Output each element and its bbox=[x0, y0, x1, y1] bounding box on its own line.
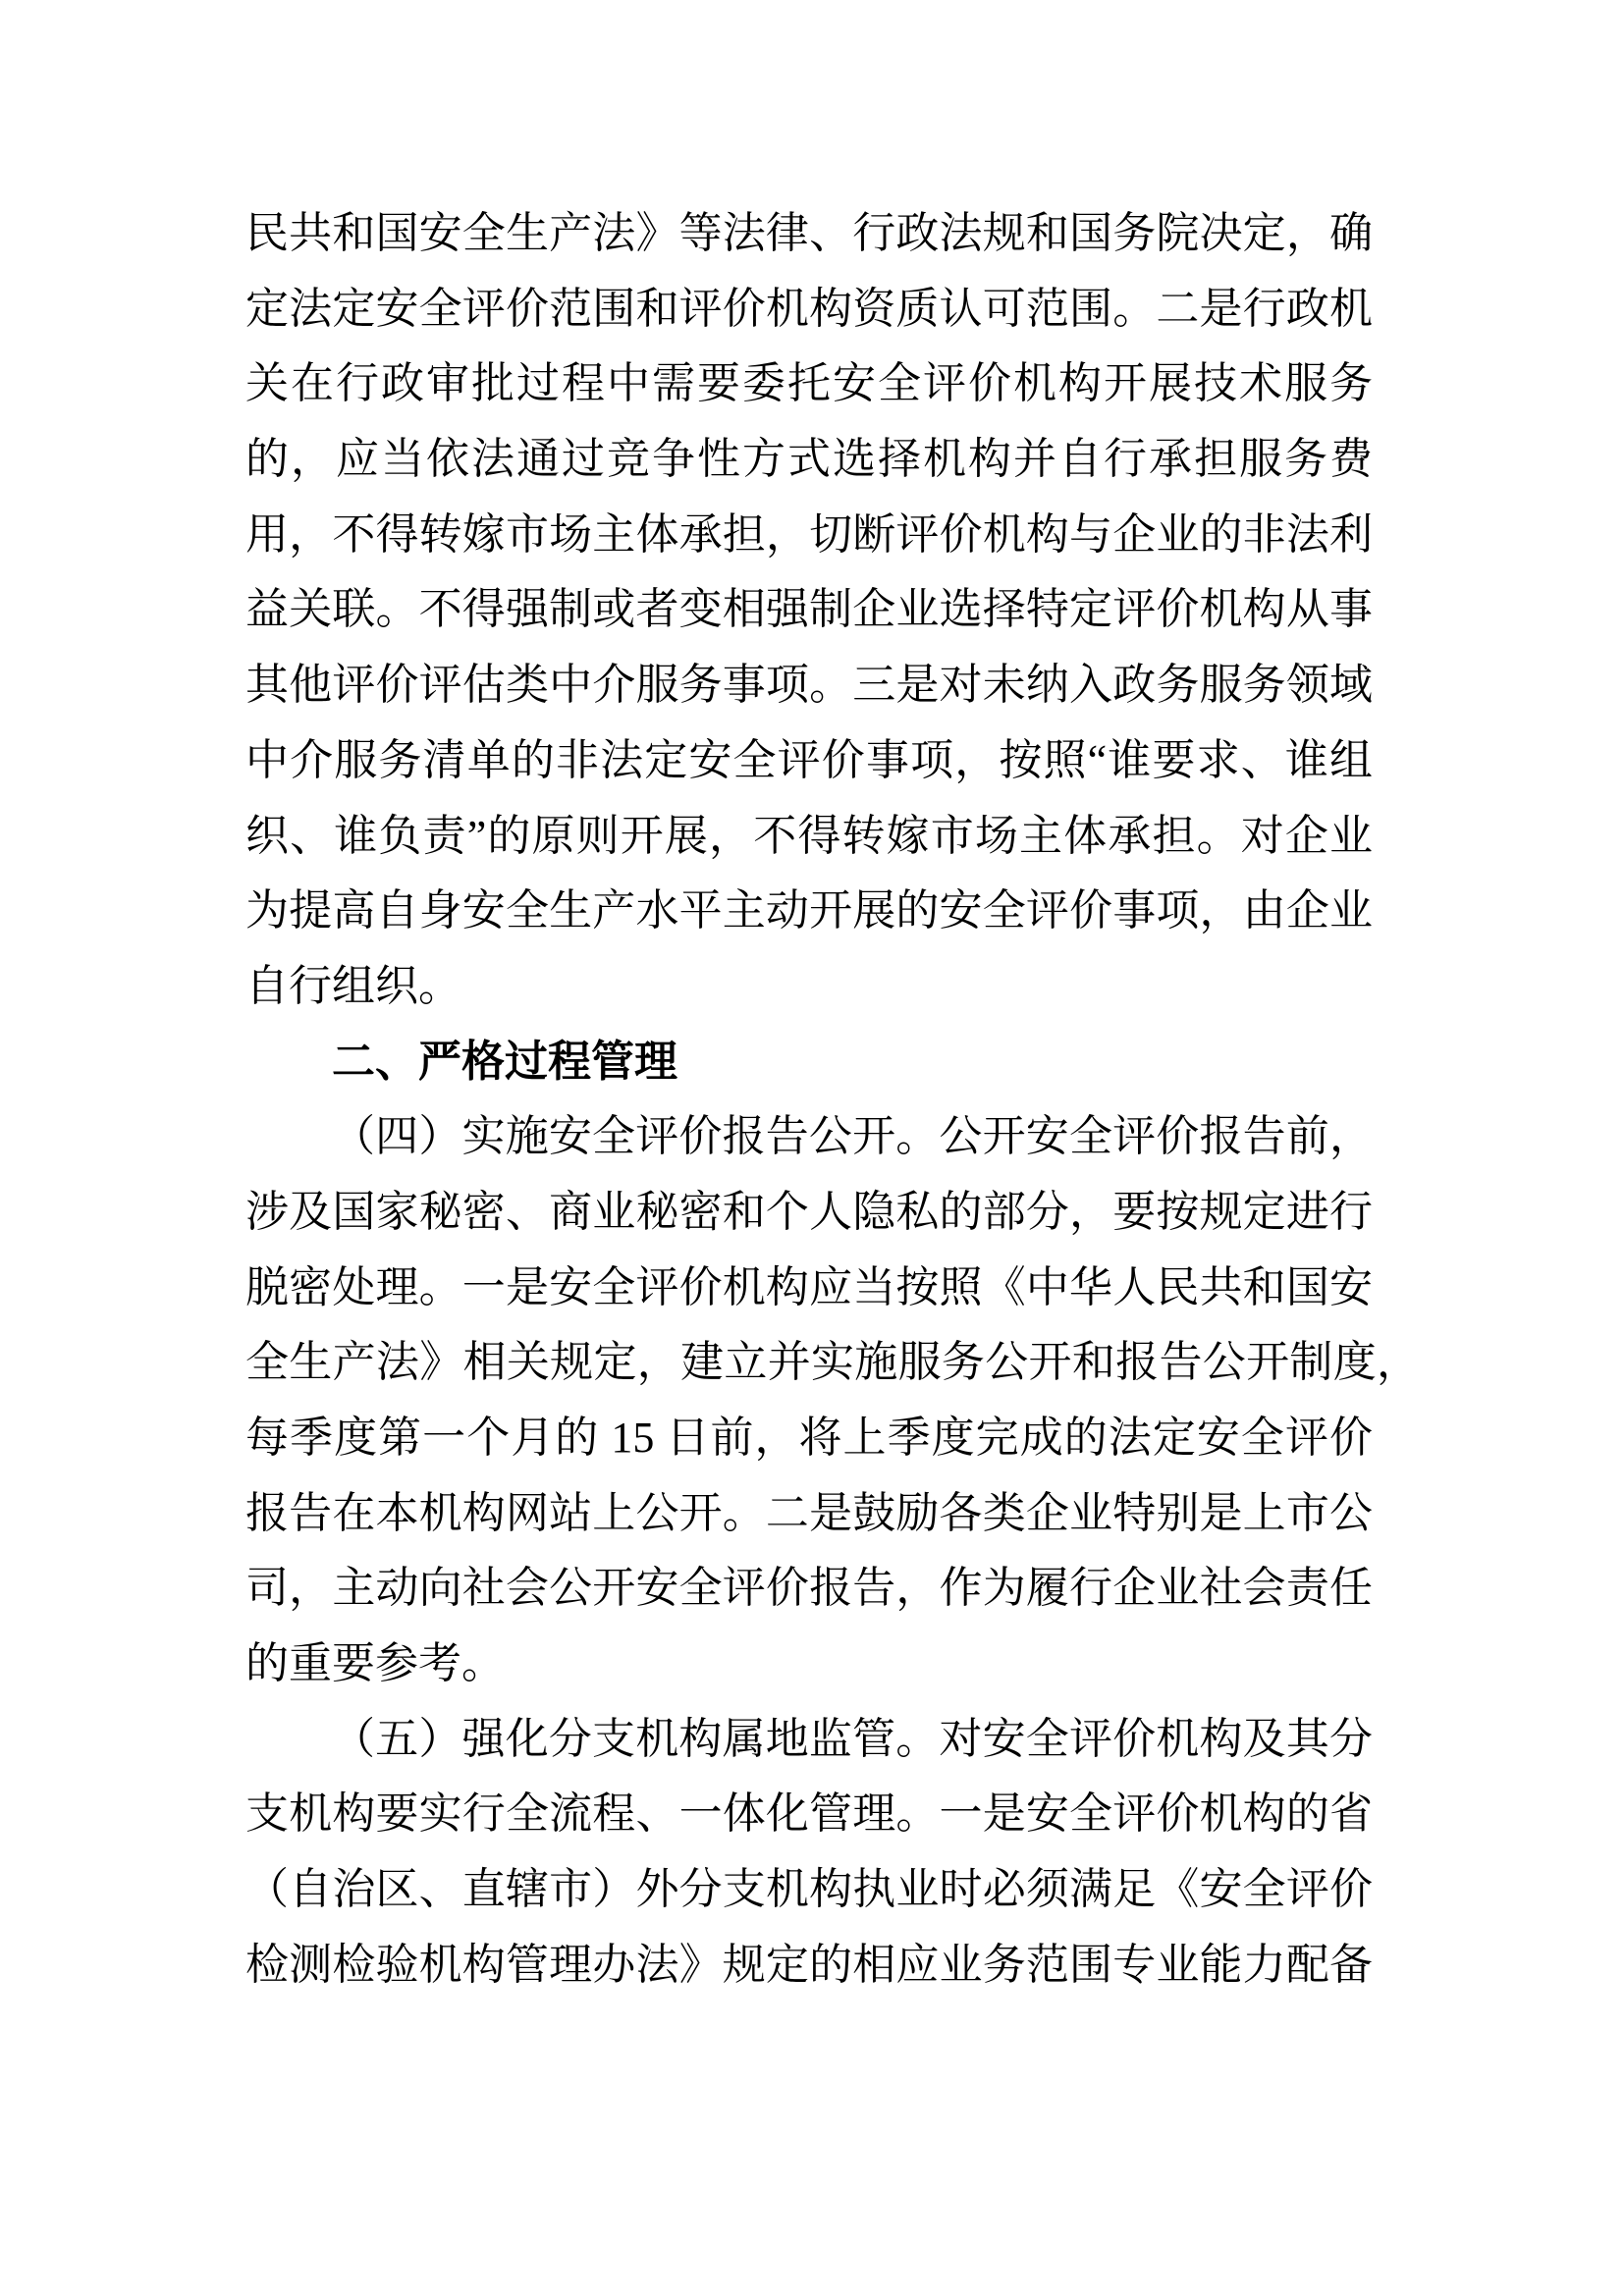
text-line: 涉及国家秘密、商业秘密和个人隐私的部分，要按规定进行 bbox=[245, 1175, 1373, 1251]
text-line: 全生产法》相关规定，建立并实施服务公开和报告公开制度， bbox=[245, 1325, 1420, 1401]
text-line: 关在行政审批过程中需要委托安全评价机构开展技术服务 bbox=[245, 347, 1373, 422]
text-line: 司，主动向社会公开安全评价报告，作为履行企业社会责任 bbox=[245, 1551, 1373, 1627]
text-line: 用，不得转嫁市场主体承担，切断评价机构与企业的非法利 bbox=[245, 498, 1373, 573]
text-line: 民共和国安全生产法》等法律、行政法规和国务院决定，确 bbox=[245, 196, 1373, 272]
document-page: 民共和国安全生产法》等法律、行政法规和国务院决定，确 定法定安全评价范围和评价机… bbox=[0, 0, 1624, 2296]
text-line: 脱密处理。一是安全评价机构应当按照《中华人民共和国安 bbox=[245, 1251, 1373, 1326]
section-heading: 二、严格过程管理 bbox=[245, 1025, 1373, 1100]
text-line: 益关联。不得强制或者变相强制企业选择特定评价机构从事 bbox=[245, 572, 1373, 648]
text-line: 自行组织。 bbox=[245, 949, 1373, 1025]
document-text-block: 民共和国安全生产法》等法律、行政法规和国务院决定，确 定法定安全评价范围和评价机… bbox=[245, 196, 1373, 2003]
text-line: 的，应当依法通过竞争性方式选择机构并自行承担服务费 bbox=[245, 422, 1373, 498]
text-line: 支机构要实行全流程、一体化管理。一是安全评价机构的省 bbox=[245, 1777, 1373, 1852]
text-line: 中介服务清单的非法定安全评价事项，按照“谁要求、谁组 bbox=[245, 723, 1373, 799]
text-line: （四）实施安全评价报告公开。公开安全评价报告前， bbox=[245, 1099, 1373, 1175]
text-line: 报告在本机构网站上公开。二是鼓励各类企业特别是上市公 bbox=[245, 1476, 1373, 1552]
text-line: 织、谁负责”的原则开展，不得转嫁市场主体承担。对企业 bbox=[245, 799, 1373, 875]
text-line: 为提高自身安全生产水平主动开展的安全评价事项，由企业 bbox=[245, 874, 1373, 949]
text-line: 定法定安全评价范围和评价机构资质认可范围。二是行政机 bbox=[245, 272, 1373, 347]
text-line: 其他评价评估类中介服务事项。三是对未纳入政务服务领域 bbox=[245, 648, 1373, 723]
text-line: （五）强化分支机构属地监管。对安全评价机构及其分 bbox=[245, 1702, 1373, 1778]
text-line: 每季度第一个月的 15 日前，将上季度完成的法定安全评价 bbox=[245, 1401, 1373, 1476]
text-line: 的重要参考。 bbox=[245, 1627, 1373, 1702]
text-line: 检测检验机构管理办法》规定的相应业务范围专业能力配备 bbox=[245, 1928, 1373, 2003]
text-line: （自治区、直辖市）外分支机构执业时必须满足《安全评价 bbox=[245, 1852, 1373, 1928]
